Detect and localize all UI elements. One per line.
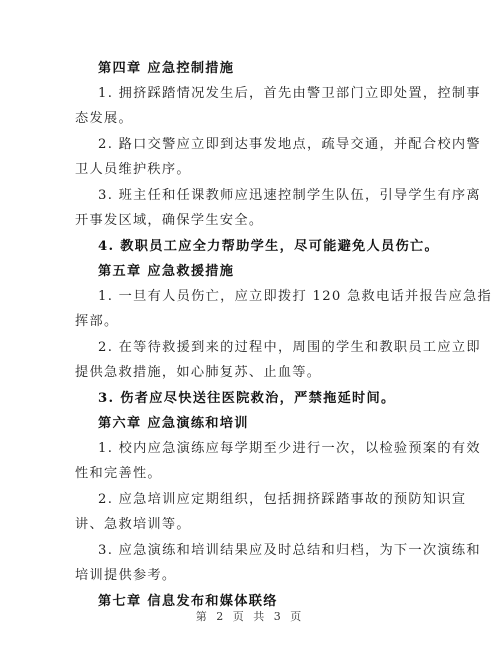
chapter-6-item-3-line-2: 培训提供参考。 bbox=[75, 567, 176, 585]
chapter-4-item-1-line-2: 态发展。 bbox=[75, 110, 133, 128]
chapter-6-item-3-line-1: 3. 应急演练和培训结果应及时总结和归档，为下一次演练和 bbox=[98, 542, 481, 560]
chapter-6-item-1-line-2: 性和完善性。 bbox=[75, 465, 162, 483]
chapter-6-item-1-line-1: 1. 校内应急演练应每学期至少进行一次，以检验预案的有效 bbox=[98, 440, 481, 458]
page-number-footer: 第 2 页 共 3 页 bbox=[0, 608, 500, 624]
chapter-6-item-2-line-1: 2. 应急培训应定期组织，包括拥挤踩踏事故的预防知识宣 bbox=[98, 491, 466, 509]
chapter-4-item-3-line-2: 开事发区域，确保学生安全。 bbox=[75, 212, 263, 230]
chapter-4-item-4: 4. 教职员工应全力帮助学生，尽可能避免人员伤亡。 bbox=[98, 238, 439, 256]
chapter-4-item-1-line-1: 1. 拥挤踩踏情况发生后，首先由警卫部门立即处置，控制事 bbox=[98, 85, 481, 103]
chapter-4-item-2-line-2: 卫人员维护秩序。 bbox=[75, 161, 191, 179]
chapter-4-item-3-line-1: 3. 班主任和任课教师应迅速控制学生队伍，引导学生有序离 bbox=[98, 187, 481, 205]
chapter-4-item-2-line-1: 2. 路口交警应立即到达事发地点，疏导交通，并配合校内警 bbox=[98, 136, 481, 154]
chapter-5-item-1-line-2: 挥部。 bbox=[75, 313, 118, 331]
chapter-5-heading: 第五章 应急救援措施 bbox=[98, 263, 234, 281]
chapter-5-item-2-line-2: 提供急救措施，如心肺复苏、止血等。 bbox=[75, 364, 321, 382]
chapter-5-item-2-line-1: 2. 在等待救援到来的过程中，周围的学生和教职员工应立即 bbox=[98, 339, 481, 357]
chapter-6-heading: 第六章 应急演练和培训 bbox=[98, 415, 249, 433]
chapter-6-item-2-line-2: 讲、急救培训等。 bbox=[75, 516, 191, 534]
chapter-5-item-3: 3. 伤者应尽快送往医院救治，严禁拖延时间。 bbox=[98, 390, 396, 408]
chapter-4-heading: 第四章 应急控制措施 bbox=[98, 60, 234, 78]
chapter-5-item-1-line-1: 1. 一旦有人员伤亡，应立即拨打 120 急救电话并报告应急指 bbox=[98, 288, 492, 306]
